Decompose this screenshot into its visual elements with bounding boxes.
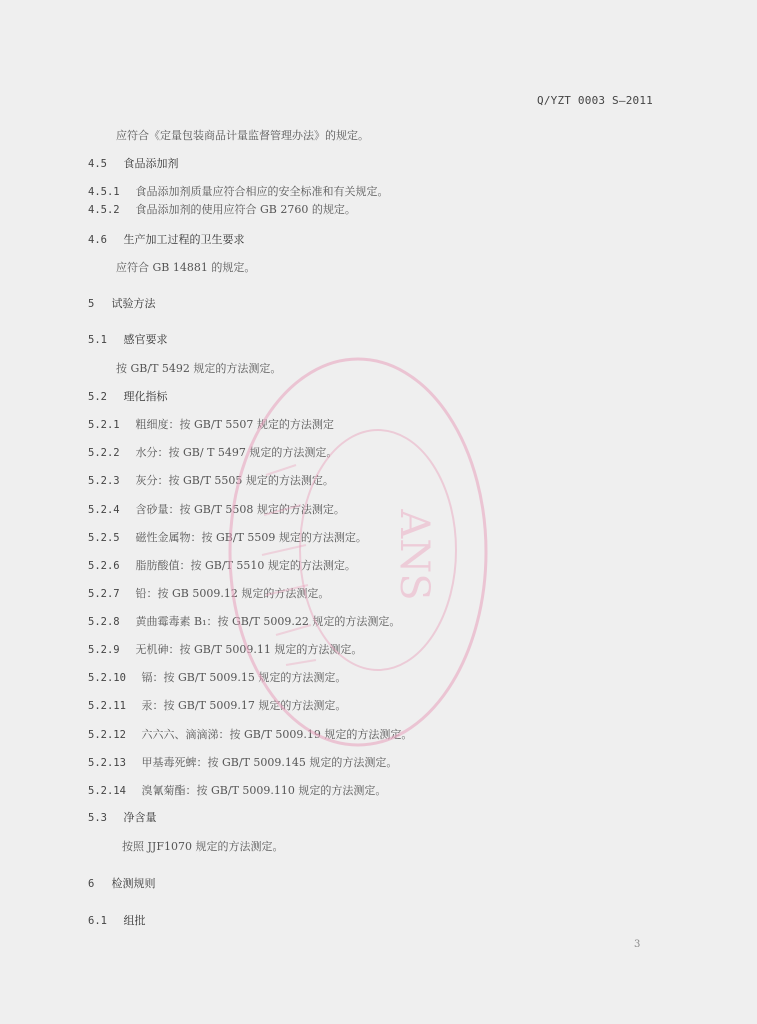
section-heading-5-2: 5.2 理化指标 [88,390,168,404]
clause-5-2-7: 5.2.7 铅：按 GB 5009.12 规定的方法测定。 [88,587,329,601]
clause-5-2-3: 5.2.3 灰分：按 GB/T 5505 规定的方法测定。 [88,474,334,488]
page-number: 3 [634,939,640,950]
clause-5-2-8: 5.2.8 黄曲霉毒素 B₁：按 GB/T 5009.22 规定的方法测定。 [88,615,400,629]
document-page: Q/YZT 0003 S—2011 应符合《定量包装商品计量监督管理办法》的规定… [0,0,757,1024]
svg-text:ANS: ANS [391,508,437,600]
clause-5-2-6: 5.2.6 脂肪酸值：按 GB/T 5510 规定的方法测定。 [88,559,356,573]
clause-5-2-2: 5.2.2 水分：按 GB/ T 5497 规定的方法测定。 [88,446,337,460]
clause-5-2-14: 5.2.14 溴氰菊酯：按 GB/T 5009.110 规定的方法测定。 [88,784,386,798]
official-seal-stamp: ANS [226,355,490,750]
clause-4-5-2: 4.5.2 食品添加剂的使用应符合 GB 2760 的规定。 [88,203,356,217]
section-heading-5: 5 试验方法 [88,297,156,311]
section-heading-4-6: 4.6 生产加工过程的卫生要求 [88,233,245,247]
document-code: Q/YZT 0003 S—2011 [537,94,653,107]
section-heading-5-3: 5.3 净含量 [88,811,157,825]
clause-5-2-9: 5.2.9 无机砷：按 GB/T 5009.11 规定的方法测定。 [88,643,362,657]
section-heading-5-1: 5.1 感官要求 [88,333,168,347]
clause-5-2-10: 5.2.10 镉：按 GB/T 5009.15 规定的方法测定。 [88,671,346,685]
section-heading-6: 6 检测规则 [88,877,156,891]
clause-5-2-1: 5.2.1 粗细度：按 GB/T 5507 规定的方法测定 [88,418,334,432]
clause-5-2-4: 5.2.4 含砂量：按 GB/T 5508 规定的方法测定。 [88,503,345,517]
body-paragraph: 按 GB/T 5492 规定的方法测定。 [116,362,281,376]
section-heading-6-1: 6.1 组批 [88,914,146,928]
body-paragraph: 应符合《定量包装商品计量监督管理办法》的规定。 [116,129,369,143]
body-paragraph: 应符合 GB 14881 的规定。 [116,261,255,275]
clause-5-2-13: 5.2.13 甲基毒死蜱：按 GB/T 5009.145 规定的方法测定。 [88,756,397,770]
clause-4-5-1: 4.5.1 食品添加剂质量应符合相应的安全标准和有关规定。 [88,185,389,199]
section-heading-4-5: 4.5 食品添加剂 [88,157,179,171]
clause-5-2-11: 5.2.11 汞：按 GB/T 5009.17 规定的方法测定。 [88,699,346,713]
body-paragraph: 按照 JJF1070 规定的方法测定。 [122,840,283,854]
clause-5-2-12: 5.2.12 六六六、滴滴涕：按 GB/T 5009.19 规定的方法测定。 [88,728,412,742]
clause-5-2-5: 5.2.5 磁性金属物：按 GB/T 5509 规定的方法测定。 [88,531,367,545]
